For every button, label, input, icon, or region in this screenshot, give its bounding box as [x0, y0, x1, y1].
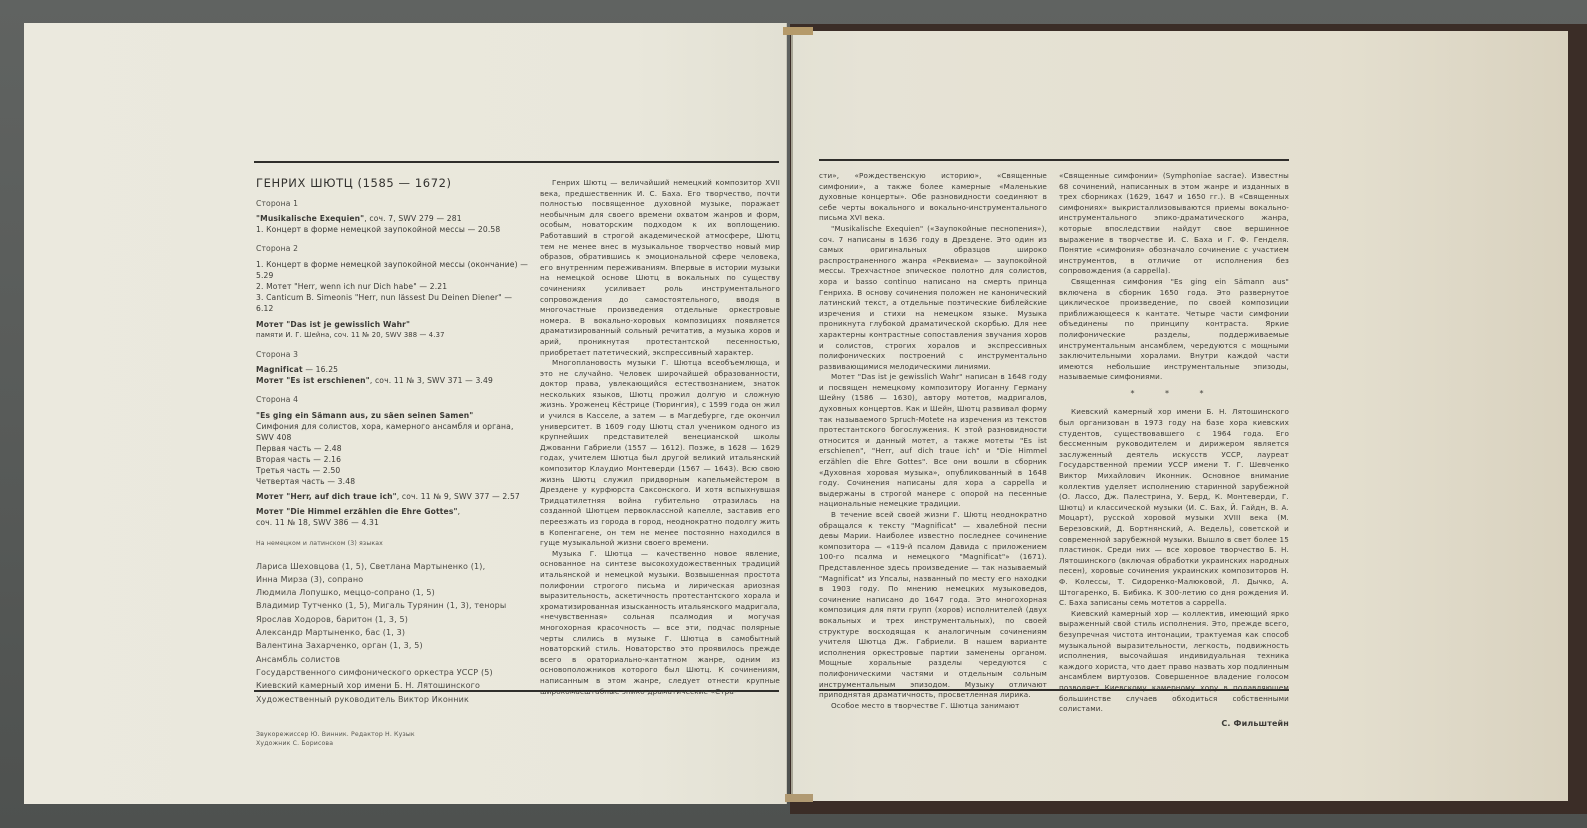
performer-line: Ярослав Ходоров, баритон (1, 3, 5): [256, 613, 531, 626]
top-rule-left: [254, 161, 779, 163]
side-2: Сторона 2 1. Концерт в форме немецкой за…: [256, 244, 531, 341]
credit-line: Художник С. Борисова: [256, 739, 531, 748]
track-item: Мотет "Es ist erschienen", соч. 11 № 3, …: [256, 375, 531, 386]
photo-scene: ГЕНРИХ ШЮТЦ (1585 — 1672) Сторона 1 "Mus…: [0, 0, 1587, 828]
essay-paragraph: Генрих Шютц — величайший немецкий композ…: [540, 178, 780, 358]
credits: Звукорежиссер Ю. Винник. Редактор Н. Куз…: [256, 730, 531, 749]
author-signature: С. Фильштейн: [1059, 719, 1289, 730]
top-rule-right: [819, 159, 1289, 161]
left-page: ГЕНРИХ ШЮТЦ (1585 — 1672) Сторона 1 "Mus…: [24, 23, 786, 804]
track-item: Вторая часть — 2.16: [256, 454, 531, 465]
track-item: Симфония для солистов, хора, камерного а…: [256, 421, 531, 443]
credit-line: Звукорежиссер Ю. Винник. Редактор Н. Куз…: [256, 730, 531, 739]
track-item: Magnificat — 16.25: [256, 364, 531, 375]
track-item: "Es ging ein Sämann aus, zu säen seinen …: [256, 410, 531, 421]
right-page: сти», «Рождественскую историю», «Священн…: [793, 31, 1568, 801]
track-item: Мотет "Herr, auf dich traue ich", соч. 1…: [256, 491, 531, 502]
language-note: На немецком и латинском (3) языках: [256, 539, 531, 550]
sleeve-spine-fold: [791, 30, 793, 800]
spine-wear-bottom: [785, 794, 813, 802]
essay-paragraph: "Musikalische Exequien" («Заупокойные пе…: [819, 224, 1047, 372]
track-item: 1. Концерт в форме немецкой заупокойной …: [256, 259, 531, 281]
side-label: Сторона 2: [256, 244, 531, 255]
essay-paragraph: «Священные симфонии» (Symphoniae sacrae)…: [1059, 171, 1289, 277]
track-item: 2. Мотет "Herr, wenn ich nur Dich habe" …: [256, 281, 531, 292]
essay-column-2: Генрих Шютц — величайший немецкий композ…: [540, 178, 780, 697]
performer-line: Валентина Захарченко, орган (1, 3, 5): [256, 639, 531, 652]
side-4: Сторона 4 "Es ging ein Sämann aus, zu sä…: [256, 395, 531, 528]
essay-paragraph: Музыка Г. Шютца — качественно новое явле…: [540, 549, 780, 697]
essay-paragraph: Священная симфония "Es ging ein Sämann a…: [1059, 277, 1289, 383]
essay-paragraph: Особое место в творчестве Г. Шютца заним…: [819, 701, 1047, 712]
performer-line: Инна Мирза (3), сопрано: [256, 573, 531, 586]
tracklist-column: ГЕНРИХ ШЮТЦ (1585 — 1672) Сторона 1 "Mus…: [256, 178, 531, 749]
essay-paragraph: Мотет "Das ist je gewisslich Wahr" напис…: [819, 372, 1047, 510]
side-label: Сторона 3: [256, 350, 531, 361]
essay-paragraph: Киевский камерный хор имени Б. Н. Лятоши…: [1059, 407, 1289, 608]
performer-line: Ансамбль солистов: [256, 653, 531, 666]
track-item: Первая часть — 2.48: [256, 443, 531, 454]
track-item: "Musikalische Exequien", соч. 7, SWV 279…: [256, 213, 531, 224]
track-item: Мотет "Das ist je gewisslich Wahr": [256, 319, 531, 330]
performer-line: Лариса Шеховцова (1, 5), Светлана Мартын…: [256, 560, 531, 573]
track-item: 3. Canticum B. Simeonis "Herr, nun lässe…: [256, 292, 531, 314]
track-item: Третья часть — 2.50: [256, 465, 531, 476]
track-item: 1. Концерт в форме немецкой заупокойной …: [256, 224, 531, 235]
side-1: Сторона 1 "Musikalische Exequien", соч. …: [256, 199, 531, 236]
essay-paragraph: Многоплановость музыки Г. Шютца всеобъем…: [540, 358, 780, 549]
side-3: Сторона 3 Magnificat — 16.25 Мотет "Es i…: [256, 350, 531, 387]
side-label: Сторона 1: [256, 199, 531, 210]
essay-column-4: «Священные симфонии» (Symphoniae sacrae)…: [1059, 171, 1289, 729]
performers-list: Лариса Шеховцова (1, 5), Светлана Мартын…: [256, 560, 531, 706]
essay-paragraph: Киевский камерный хор — коллектив, имеющ…: [1059, 609, 1289, 715]
track-item: памяти И. Г. Шейна, соч. 11 № 20, SWV 38…: [256, 330, 531, 341]
section-separator: * * *: [1059, 389, 1289, 400]
performer-line: Художественный руководитель Виктор Иконн…: [256, 693, 531, 706]
performer-line: Владимир Тутченко (1, 5), Мигаль Турянин…: [256, 599, 531, 612]
essay-paragraph: сти», «Рождественскую историю», «Священн…: [819, 171, 1047, 224]
performer-line: Государственного симфонического оркестра…: [256, 666, 531, 679]
performer-line: Киевский камерный хор имени Б. Н. Лятоши…: [256, 679, 531, 692]
track-item: Четвертая часть — 3.48: [256, 476, 531, 487]
essay-column-3: сти», «Рождественскую историю», «Священн…: [819, 171, 1047, 711]
essay-paragraph: В течение всей своей жизни Г. Шютц неодн…: [819, 510, 1047, 701]
track-item: Мотет "Die Himmel erzählen die Ehre Gott…: [256, 506, 531, 517]
performer-line: Людмила Лопушко, меццо-сопрано (1, 5): [256, 586, 531, 599]
performer-line: Александр Мартыненко, бас (1, 3): [256, 626, 531, 639]
composer-title: ГЕНРИХ ШЮТЦ (1585 — 1672): [256, 178, 531, 189]
spine-wear-top: [783, 27, 813, 35]
side-label: Сторона 4: [256, 395, 531, 406]
track-item: соч. 11 № 18, SWV 386 — 4.31: [256, 517, 531, 528]
